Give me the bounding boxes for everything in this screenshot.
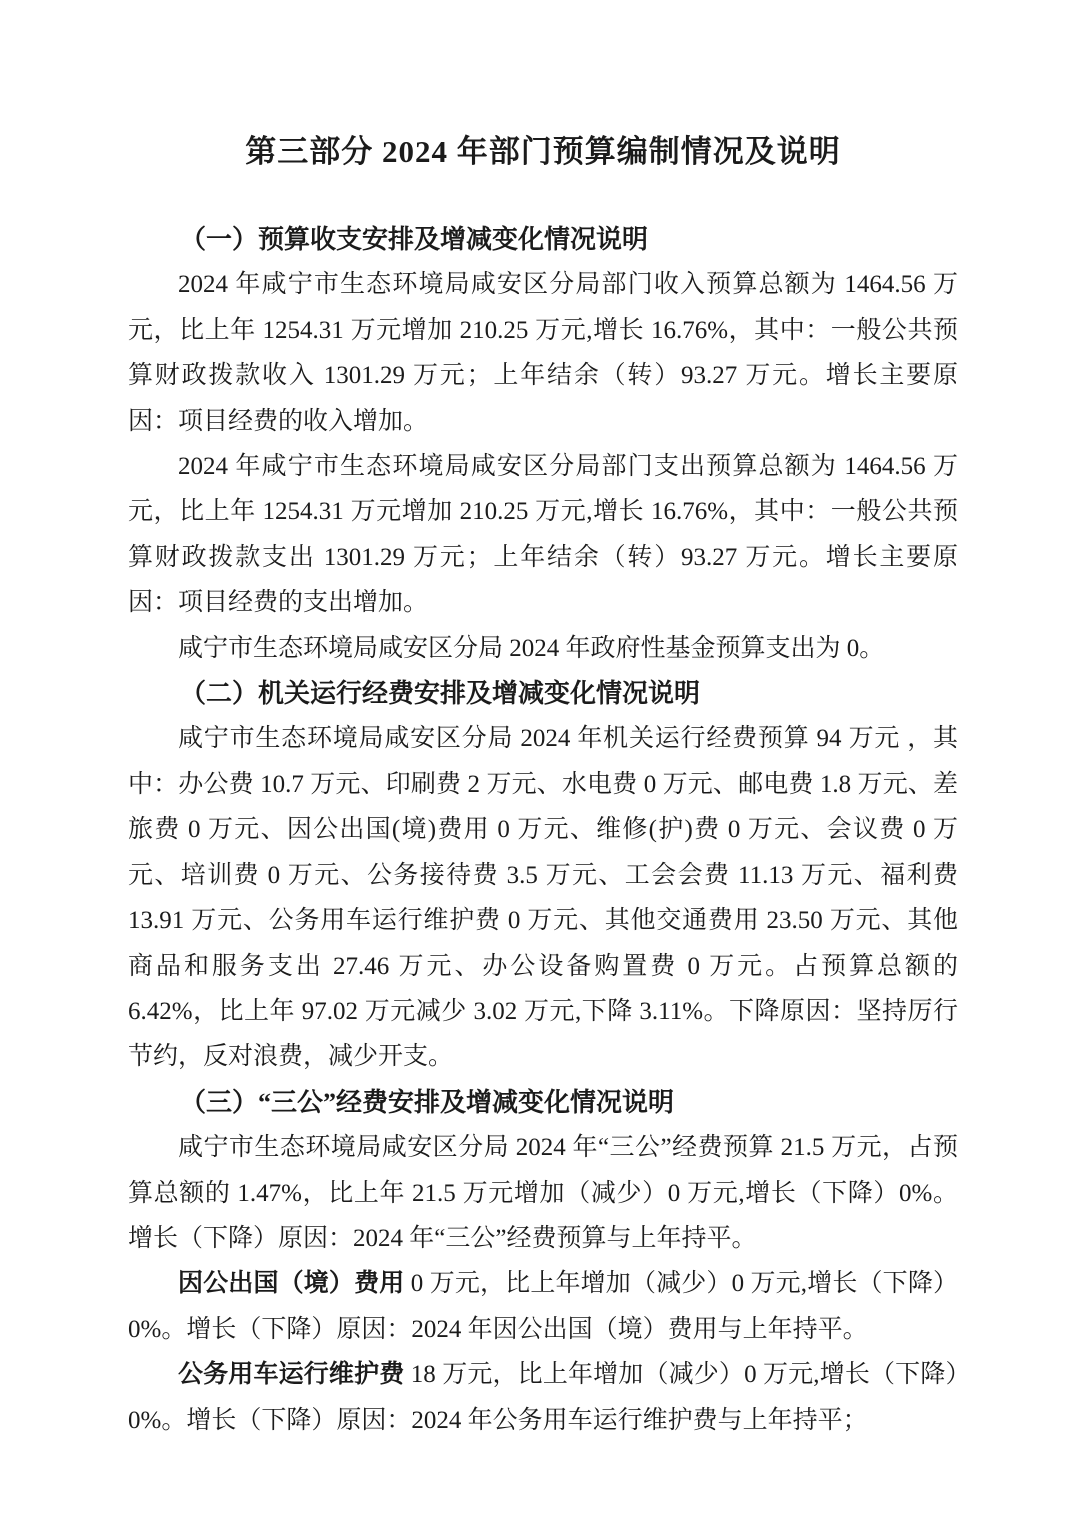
section-1-paragraph-income: 2024 年咸宁市生态环境局咸安区分局部门收入预算总额为 1464.56 万元，…	[128, 262, 958, 444]
section-3-heading: （三）“三公”经费安排及增减变化情况说明	[128, 1080, 958, 1125]
section-2-paragraph-operating-expenses: 咸宁市生态环境局咸安区分局 2024 年机关运行经费预算 94 万元 ，其中：办…	[128, 716, 958, 1079]
section-3-paragraph-overseas-trips: 因公出国（境）费用 0 万元，比上年增加（减少）0 万元,增长（下降）0%。增长…	[128, 1261, 958, 1352]
section-3-paragraph-official-vehicle: 公务用车运行维护费 18 万元，比上年增加（减少）0 万元,增长（下降）0%。增…	[128, 1352, 958, 1443]
section-1-paragraph-expenditure: 2024 年咸宁市生态环境局咸安区分局部门支出预算总额为 1464.56 万元，…	[128, 444, 958, 626]
bold-term-overseas-trips-fee: 因公出国（境）费用	[178, 1270, 404, 1297]
section-1-heading: （一）预算收支安排及增减变化情况说明	[128, 217, 958, 262]
bold-term-official-vehicle-fee: 公务用车运行维护费	[178, 1361, 404, 1388]
section-1-paragraph-government-fund: 咸宁市生态环境局咸安区分局 2024 年政府性基金预算支出为 0。	[128, 626, 958, 671]
document-page: 第三部分 2024 年部门预算编制情况及说明 （一）预算收支安排及增减变化情况说…	[0, 0, 1074, 1520]
section-3-paragraph-three-public-total: 咸宁市生态环境局咸安区分局 2024 年“三公”经费预算 21.5 万元，占预算…	[128, 1125, 958, 1261]
document-title: 第三部分 2024 年部门预算编制情况及说明	[128, 129, 958, 174]
section-2-heading: （二）机关运行经费安排及增减变化情况说明	[128, 671, 958, 716]
